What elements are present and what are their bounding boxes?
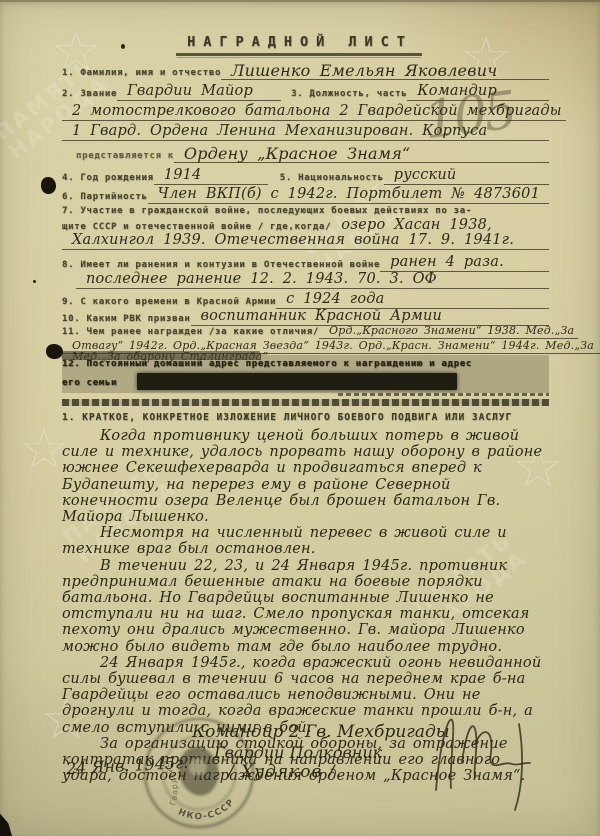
feat-paragraph: Когда противнику ценой больших потерь в … (62, 428, 552, 525)
field-nationality-value: русский (384, 168, 549, 185)
field-party-value: Член ВКП(б) с 1942г. Портбилет № 4873601 (148, 187, 549, 204)
document-title: НАГРАДНОЙ ЛИСТ (0, 34, 600, 50)
field-name-value: Лишенко Емельян Яковлевич (221, 63, 549, 80)
field-post-label: 3. Должность, часть (291, 89, 407, 101)
field-party-label: 6. Партийность (62, 192, 148, 204)
field-post-row-2: 2 мотострелкового батальона 2 Гвардейско… (62, 104, 549, 121)
field-rank-post-row: 2. Звание Гвардии Майор 3. Должность, ча… (62, 84, 549, 101)
field-address-row: 12. Постоянный домашний адрес представля… (62, 359, 549, 371)
feat-paragraph: Несмотря на численный перевес в живой си… (62, 525, 552, 557)
field-name-row: 1. Фамилия, имя и отчество Лишенко Емель… (62, 63, 549, 80)
corner-tear (0, 808, 12, 836)
field-prior-awards-label: 11. Чем ранее награжден /за какие отличи… (62, 327, 319, 339)
field-wounds-row: 8. Имеет ли ранения и контузии в Отечест… (62, 255, 549, 272)
field-address-label-line1: 12. Постоянный домашний адрес представля… (62, 359, 472, 371)
paper-speck (33, 280, 36, 283)
field-presented-label: представляется к (76, 151, 174, 163)
field-nationality-label: 5. Национальность (280, 173, 384, 185)
redaction-bar (137, 373, 457, 390)
feat-section-heading: 1. КРАТКОЕ, КОНКРЕТНОЕ ИЗЛОЖЕНИЕ ЛИЧНОГО… (62, 412, 549, 423)
field-post-row-3: 1 Гвард. Ордена Ленина Механизирован. Ко… (62, 124, 549, 141)
section-divider (62, 399, 549, 406)
award-sheet-scan: ☆ ☆ ☆ ☆ ☆ ПАМЯТЬ НАРОДА ПАМЯТЬ НАРОДА ПА… (0, 0, 600, 836)
field-rank-value: Гвардии Майор (117, 84, 281, 101)
title-underline (176, 53, 422, 56)
field-address-label-line2: его семьи (62, 378, 117, 390)
svg-text:НКО-СССР: НКО-СССР (175, 796, 240, 828)
feat-paragraph: В течении 22, 23, и 24 Января 1945г. про… (62, 558, 552, 655)
scan-edge (0, 0, 600, 2)
field-prior-awards-value-line1: Орд.„Красного Знамени“ 1938. Мед.„За (319, 325, 578, 339)
field-presented-value: Ордену „Красное Знамя“ (174, 146, 549, 163)
field-army-since-value: с 1924 года (276, 292, 549, 309)
field-birth-nation-row: 4. Год рождения 1914 5. Национальность р… (62, 168, 549, 185)
field-wounds-row-2: последнее ранение 12. 2. 1943. 70. 3. ОФ (76, 272, 549, 289)
field-presented-row: представляется к Ордену „Красное Знамя“ (76, 146, 549, 163)
stamp-arc-bottom-text: НКО-СССР (175, 796, 240, 828)
field-prior-awards-row: 11. Чем ранее награжден /за какие отличи… (62, 325, 549, 339)
field-birthyear-label: 4. Год рождения (62, 173, 154, 185)
field-post-value: Командир (407, 84, 549, 101)
paper-speck (121, 44, 125, 49)
field-party-row: 6. Партийность Член ВКП(б) с 1942г. Порт… (62, 187, 549, 204)
field-army-since-row: 9. С какого времени в Красной Армии с 19… (62, 292, 549, 309)
field-name-label: 1. Фамилия, имя и отчество (62, 68, 221, 80)
field-birthyear-value: 1914 (154, 168, 268, 185)
round-stamp-seal: НКО-СССР Гвардейск (129, 703, 269, 836)
field-wounds-value-line1: ранен 4 раза. (380, 255, 549, 272)
signature-flourish-icon (420, 698, 560, 816)
punch-hole (46, 344, 63, 359)
field-wounds-value-line2: последнее ранение 12. 2. 1943. 70. 3. ОФ (76, 272, 549, 289)
punch-hole (41, 177, 56, 194)
field-war-service-value-line2: Халхингол 1939. Отечественная война 17. … (62, 233, 549, 250)
field-rank-label: 2. Звание (62, 89, 117, 101)
field-post-value-line2: 2 мотострелкового батальона 2 Гвардейско… (62, 104, 566, 121)
section-divider-thin (338, 393, 549, 396)
field-war-service-row-3: Халхингол 1939. Отечественная война 17. … (62, 233, 549, 250)
field-post-value-line3: 1 Гвард. Ордена Ленина Механизирован. Ко… (62, 124, 549, 141)
field-address-row-2: его семьи (62, 373, 549, 390)
